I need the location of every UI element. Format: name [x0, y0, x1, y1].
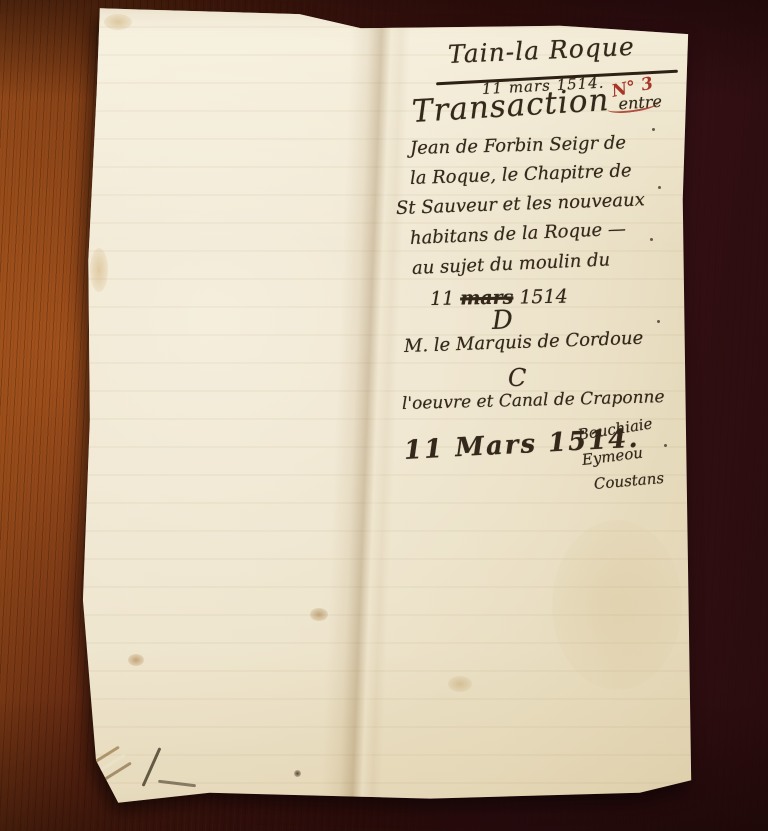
edge-speck	[652, 128, 655, 131]
age-stain	[104, 14, 132, 30]
manuscript-cover-page: Tain-la Roque 11 mars 1514. N° 3 Transac…	[0, 0, 768, 831]
ink-spot	[294, 770, 301, 777]
edge-speck	[664, 444, 667, 447]
age-stain	[90, 248, 108, 292]
edge-speck	[657, 320, 660, 323]
date-line-prefix: 11	[430, 287, 461, 310]
date-line-suffix: 1514	[513, 286, 568, 309]
document-shadow-wrap: Tain-la Roque 11 mars 1514. N° 3 Transac…	[0, 0, 768, 831]
age-stain	[448, 676, 472, 692]
edge-speck	[658, 186, 661, 189]
initial-c: C	[508, 364, 526, 392]
age-stain	[310, 608, 328, 621]
age-stain	[128, 654, 144, 666]
heading-connector: entre	[618, 92, 662, 114]
edge-speck	[650, 238, 653, 241]
photo-of-manuscript: Tain-la Roque 11 mars 1514. N° 3 Transac…	[0, 0, 768, 831]
age-stain	[552, 520, 682, 690]
